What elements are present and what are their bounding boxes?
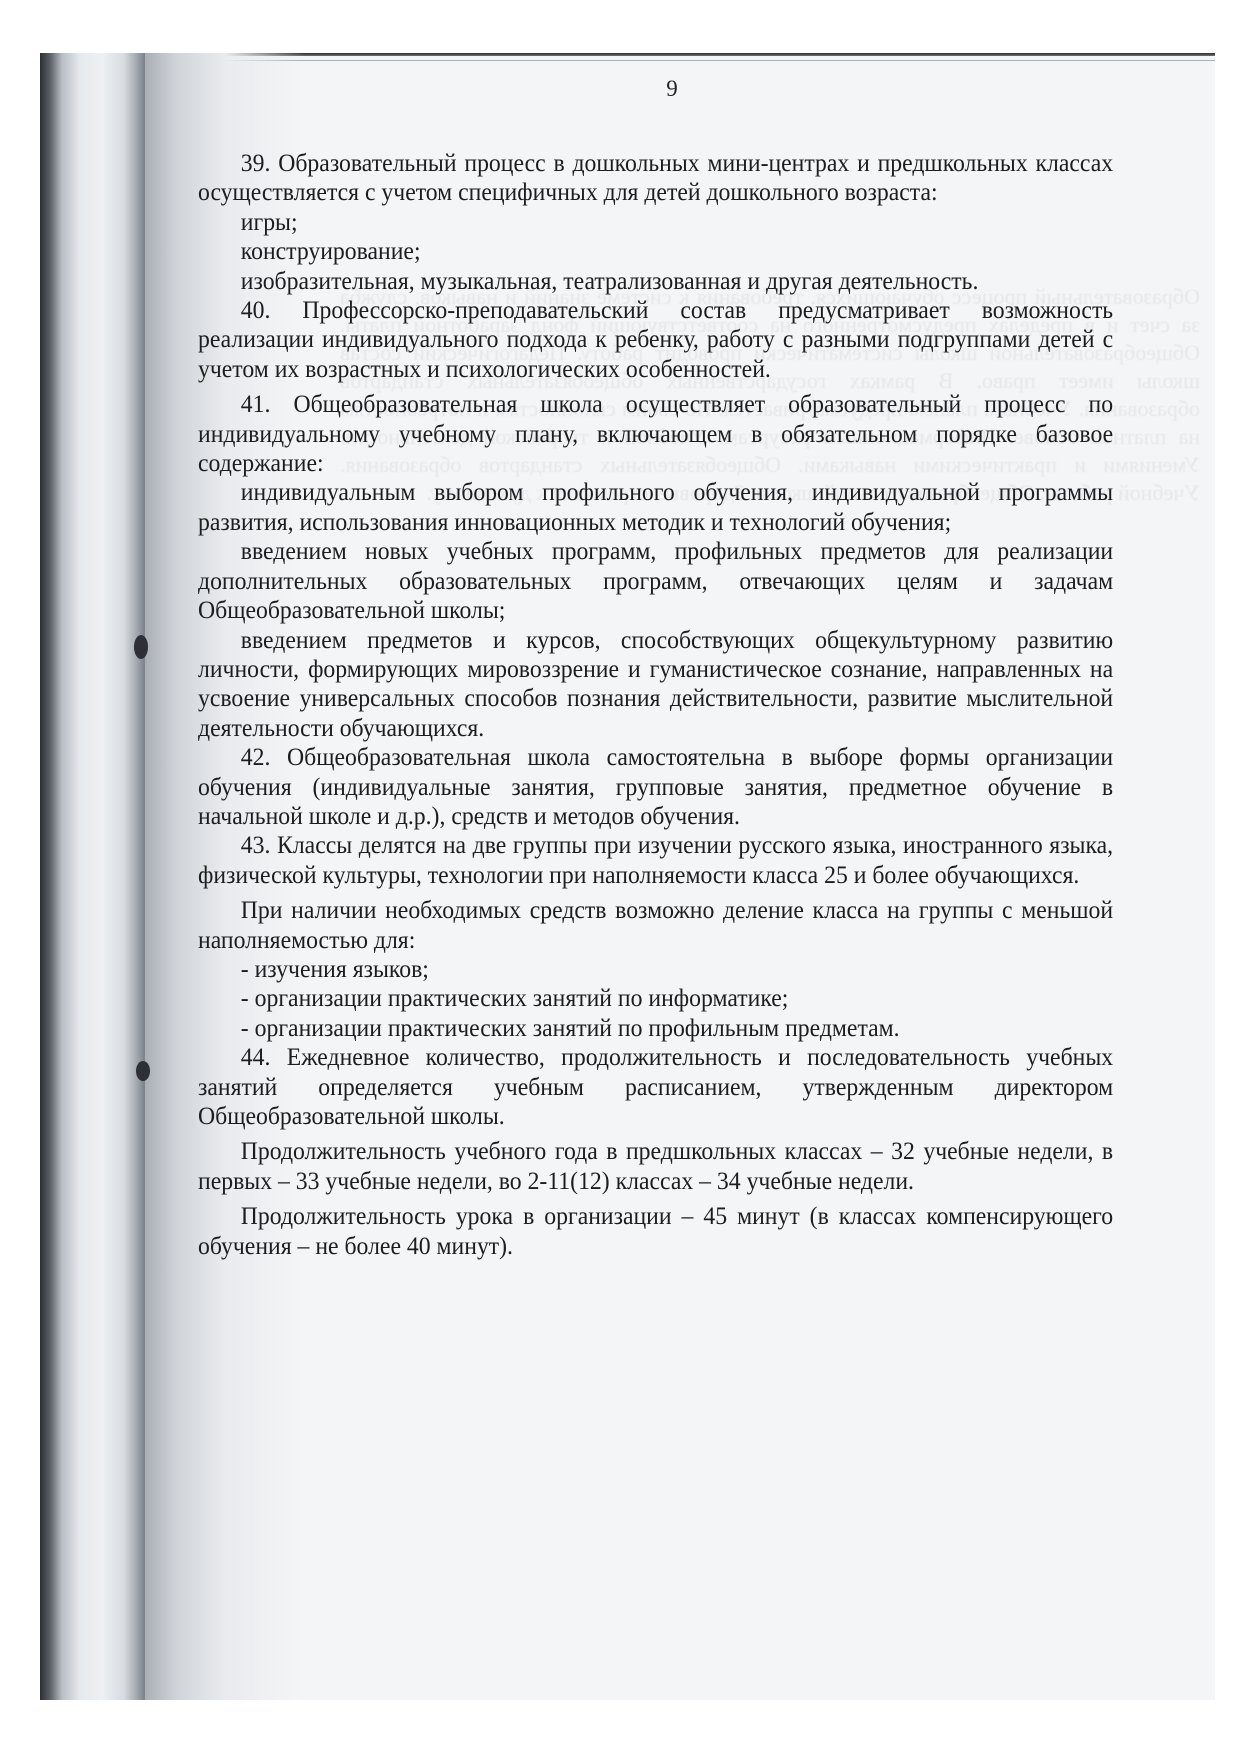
list-item: - изучения языков; [198, 954, 1113, 983]
list-item: конструирование; [198, 236, 1113, 265]
paragraph: 42. Общеобразовательная школа самостояте… [198, 742, 1113, 830]
paragraph: 40. Профессорско-преподавательский соста… [198, 295, 1113, 383]
list-item: игры; [198, 207, 1113, 236]
punch-hole-mark [136, 1061, 150, 1081]
paragraph: 44. Ежедневное количество, продолжительн… [198, 1042, 1113, 1130]
paragraph: введением новых учебных программ, профил… [198, 536, 1113, 624]
paragraph: 41. Общеобразовательная школа осуществля… [198, 389, 1113, 477]
page-number: 9 [52, 76, 1240, 102]
paragraph: При наличии необходимых средств возможно… [198, 895, 1113, 954]
paragraph: введением предметов и курсов, способству… [198, 625, 1113, 743]
paragraph: Продолжительность урока в организации – … [198, 1201, 1113, 1260]
list-item: - организации практических занятий по ин… [198, 983, 1113, 1012]
list-item: изобразительная, музыкальная, театрализо… [198, 266, 1113, 295]
paragraph: индивидуальным выбором профильного обуче… [198, 477, 1113, 536]
document-body: 39. Образовательный процесс в дошкольных… [198, 148, 1113, 1260]
binding-shadow [40, 53, 145, 1700]
punch-hole-mark [134, 635, 148, 659]
paragraph: 39. Образовательный процесс в дошкольных… [198, 148, 1113, 207]
list-item: - организации практических занятий по пр… [198, 1013, 1113, 1042]
paragraph: Продолжительность учебного года в предшк… [198, 1136, 1113, 1195]
paragraph: 43. Классы делятся на две группы при изу… [198, 830, 1113, 889]
